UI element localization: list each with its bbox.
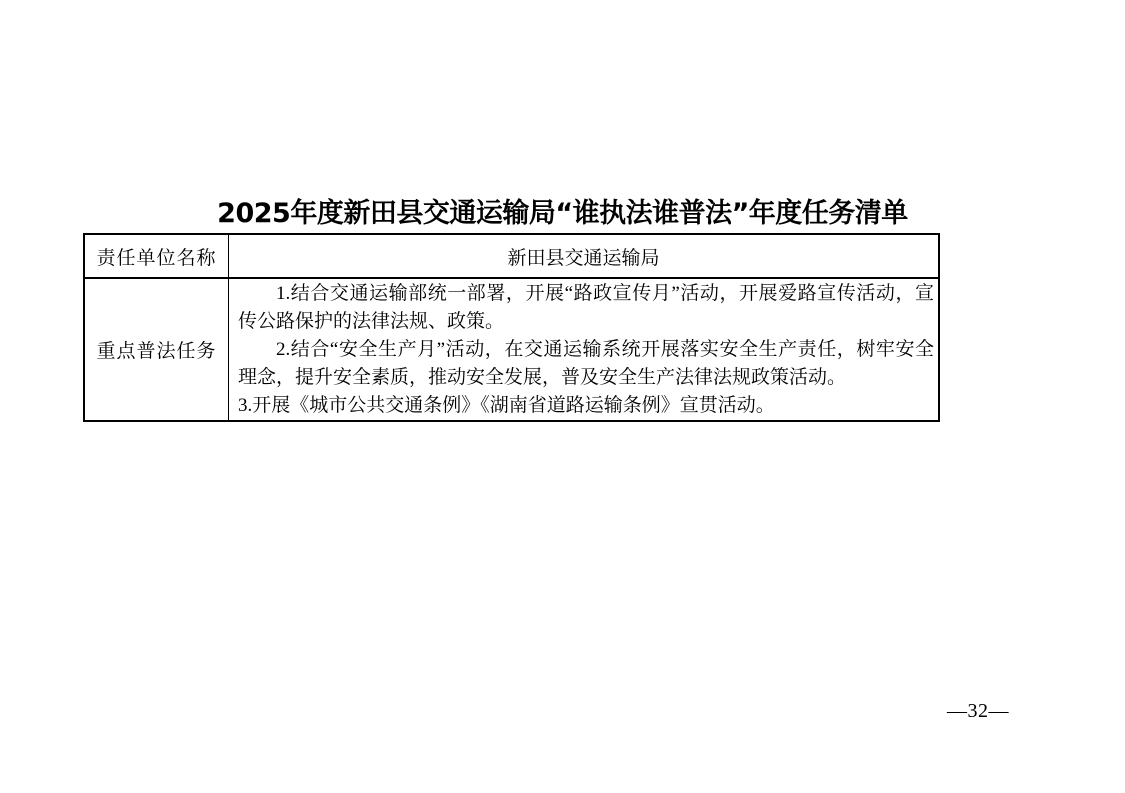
page-number: —32— [947, 699, 1009, 723]
table-row: 责任单位名称 新田县交通运输局 [85, 235, 938, 279]
task-item-2: 2.结合“安全生产月”活动，在交通运输系统开展落实安全生产责任，树牢安全理念，提… [238, 336, 934, 392]
document-page: 2025年度新田县交通运输局“谁执法谁普法”年度任务清单 责任单位名称 新田县交… [0, 0, 1125, 793]
key-tasks-label: 重点普法任务 [85, 279, 229, 420]
task-table: 责任单位名称 新田县交通运输局 重点普法任务 1.结合交通运输部统一部署，开展“… [83, 233, 940, 422]
responsible-unit-value: 新田县交通运输局 [229, 235, 938, 277]
responsible-unit-label: 责任单位名称 [85, 235, 229, 277]
page-title: 2025年度新田县交通运输局“谁执法谁普法”年度任务清单 [0, 198, 1125, 230]
table-row: 重点普法任务 1.结合交通运输部统一部署，开展“路政宣传月”活动，开展爱路宣传活… [85, 279, 938, 420]
key-tasks-content: 1.结合交通运输部统一部署，开展“路政宣传月”活动，开展爱路宣传活动，宣传公路保… [229, 279, 938, 420]
task-item-1: 1.结合交通运输部统一部署，开展“路政宣传月”活动，开展爱路宣传活动，宣传公路保… [238, 280, 934, 336]
task-item-3: 3.开展《城市公共交通条例》《湖南省道路运输条例》宣贯活动。 [238, 392, 934, 420]
